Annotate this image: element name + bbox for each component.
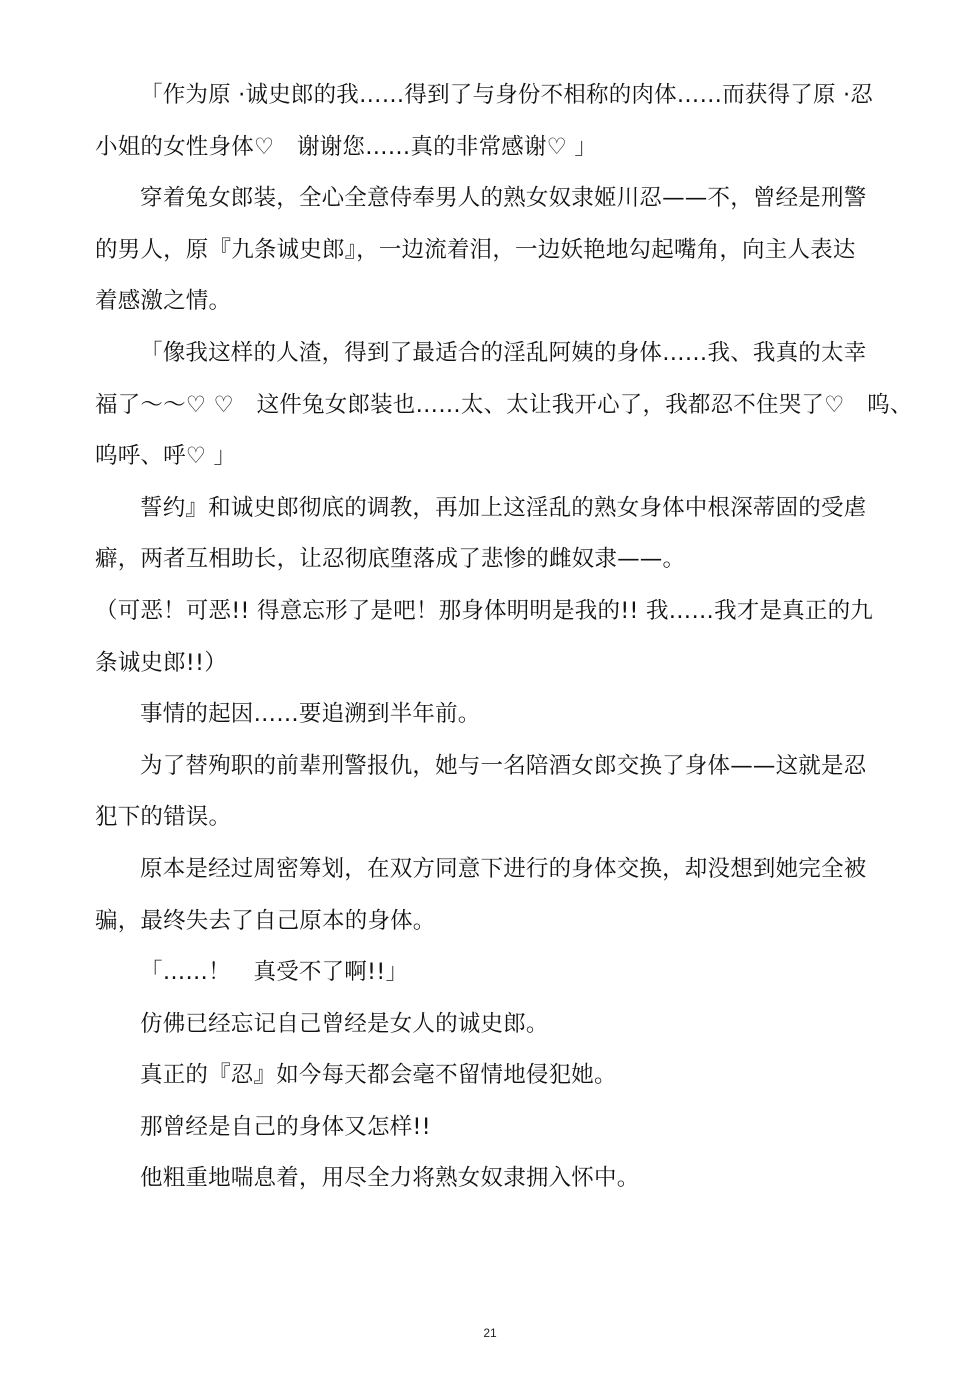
- text-line: （可恶！可恶!! 得意忘形了是吧！那身体明明是我的!! 我……我才是真正的九: [95, 586, 885, 638]
- text-line: 「作为原 ·诚史郎的我……得到了与身份不相称的肉体……而获得了原 ·忍: [95, 70, 885, 122]
- text-line: 仿佛已经忘记自己曾经是女人的诚史郎。: [95, 999, 885, 1051]
- paragraph-2: 穿着兔女郎装，全心全意侍奉男人的熟女奴隶姬川忍——不，曾经是刑警 的男人，原『九…: [95, 173, 885, 328]
- paragraph-8: 原本是经过周密筹划，在双方同意下进行的身体交换，却没想到她完全被 骗，最终失去了…: [95, 844, 885, 947]
- text-line: 癖，两者互相助长，让忍彻底堕落成了悲惨的雌奴隶——。: [95, 534, 885, 586]
- paragraph-7: 为了替殉职的前辈刑警报仇，她与一名陪酒女郎交换了身体——这就是忍 犯下的错误。: [95, 741, 885, 844]
- text-line: 誓约』和诚史郎彻底的调教，再加上这淫乱的熟女身体中根深蒂固的受虐: [95, 483, 885, 535]
- text-line: 他粗重地喘息着，用尽全力将熟女奴隶拥入怀中。: [95, 1153, 885, 1205]
- text-line: 原本是经过周密筹划，在双方同意下进行的身体交换，却没想到她完全被: [95, 844, 885, 896]
- text-line: 福了～～♡ ♡ 这件兔女郎装也……太、太让我开心了，我都忍不住哭了♡ 呜、: [95, 380, 885, 432]
- paragraph-5: （可恶！可恶!! 得意忘形了是吧！那身体明明是我的!! 我……我才是真正的九 条…: [95, 586, 885, 689]
- body-text: 「作为原 ·诚史郎的我……得到了与身份不相称的肉体……而获得了原 ·忍 小姐的女…: [95, 70, 885, 1205]
- paragraph-1: 「作为原 ·诚史郎的我……得到了与身份不相称的肉体……而获得了原 ·忍 小姐的女…: [95, 70, 885, 173]
- text-line: 那曾经是自己的身体又怎样!!: [95, 1102, 885, 1154]
- text-line: 条诚史郎!!）: [95, 638, 885, 690]
- paragraph-4: 誓约』和诚史郎彻底的调教，再加上这淫乱的熟女身体中根深蒂固的受虐 癖，两者互相助…: [95, 483, 885, 586]
- text-line: 「像我这样的人渣，得到了最适合的淫乱阿姨的身体……我、我真的太幸: [95, 328, 885, 380]
- paragraph-12: 那曾经是自己的身体又怎样!!: [95, 1102, 885, 1154]
- text-line: 穿着兔女郎装，全心全意侍奉男人的熟女奴隶姬川忍——不，曾经是刑警: [95, 173, 885, 225]
- paragraph-13: 他粗重地喘息着，用尽全力将熟女奴隶拥入怀中。: [95, 1153, 885, 1205]
- text-line: 着感激之情。: [95, 276, 885, 328]
- text-line: 为了替殉职的前辈刑警报仇，她与一名陪酒女郎交换了身体——这就是忍: [95, 741, 885, 793]
- paragraph-3: 「像我这样的人渣，得到了最适合的淫乱阿姨的身体……我、我真的太幸 福了～～♡ ♡…: [95, 328, 885, 483]
- text-line: 呜呼、呼♡ 」: [95, 431, 885, 483]
- text-line: 的男人，原『九条诚史郎』，一边流着泪，一边妖艳地勾起嘴角，向主人表达: [95, 225, 885, 277]
- paragraph-10: 仿佛已经忘记自己曾经是女人的诚史郎。: [95, 999, 885, 1051]
- text-line: 「……！ 真受不了啊!!」: [95, 947, 885, 999]
- text-line: 犯下的错误。: [95, 792, 885, 844]
- text-line: 骗，最终失去了自己原本的身体。: [95, 896, 885, 948]
- paragraph-9: 「……！ 真受不了啊!!」: [95, 947, 885, 999]
- paragraph-11: 真正的『忍』如今每天都会毫不留情地侵犯她。: [95, 1050, 885, 1102]
- page-number: 21: [0, 1326, 980, 1340]
- paragraph-6: 事情的起因……要追溯到半年前。: [95, 689, 885, 741]
- text-line: 事情的起因……要追溯到半年前。: [95, 689, 885, 741]
- text-line: 真正的『忍』如今每天都会毫不留情地侵犯她。: [95, 1050, 885, 1102]
- text-line: 小姐的女性身体♡ 谢谢您……真的非常感谢♡ 」: [95, 122, 885, 174]
- document-page: 「作为原 ·诚史郎的我……得到了与身份不相称的肉体……而获得了原 ·忍 小姐的女…: [0, 0, 980, 1385]
